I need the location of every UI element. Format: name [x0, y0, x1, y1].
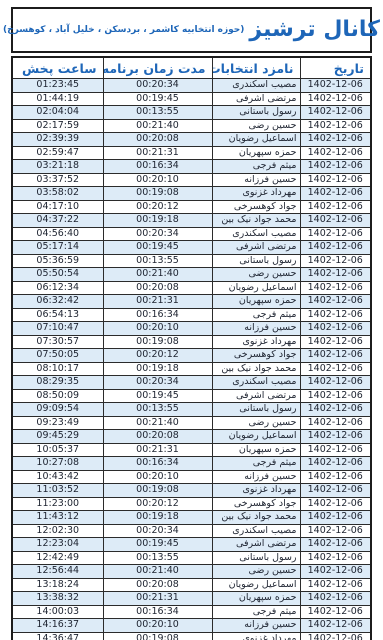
- table-row: 1402-12-06اسماعیل رضویان00:20:0813:18:24: [12, 578, 371, 592]
- cell-date: 1402-12-06: [300, 92, 371, 106]
- cell-date: 1402-12-06: [300, 133, 371, 147]
- table-row: 1402-12-06جواد کوهسرخی00:20:1207:50:05: [12, 349, 371, 363]
- cell-date: 1402-12-06: [300, 457, 371, 471]
- cell-candidate: رسول باستانی: [212, 106, 300, 120]
- cell-air-time: 09:45:29: [12, 430, 103, 444]
- table-row: 1402-12-06مهرداد غزنوی00:19:0814:36:47: [12, 632, 371, 640]
- cell-date: 1402-12-06: [300, 565, 371, 579]
- table-row: 1402-12-06اسماعیل رضویان00:20:0806:12:34: [12, 281, 371, 295]
- cell-date: 1402-12-06: [300, 376, 371, 390]
- cell-date: 1402-12-06: [300, 511, 371, 525]
- cell-air-time: 12:23:04: [12, 538, 103, 552]
- column-header-candidate: نامزد انتخابات: [212, 57, 300, 79]
- cell-candidate: مرتضی اشرفی: [212, 241, 300, 255]
- cell-air-time: 14:00:03: [12, 605, 103, 619]
- table-row: 1402-12-06مهرداد غزنوی00:19:0807:30:57: [12, 335, 371, 349]
- cell-duration: 00:19:45: [103, 241, 212, 255]
- cell-air-time: 08:10:17: [12, 362, 103, 376]
- cell-date: 1402-12-06: [300, 227, 371, 241]
- table-row: 1402-12-06حمزه سپهریان00:21:3113:38:32: [12, 592, 371, 606]
- cell-candidate: جواد کوهسرخی: [212, 200, 300, 214]
- table-row: 1402-12-06رسول باستانی00:13:5502:04:04: [12, 106, 371, 120]
- table-row: 1402-12-06رسول باستانی00:13:5509:09:54: [12, 403, 371, 417]
- table-row: 1402-12-06محمد جواد نیک بین00:19:1808:10…: [12, 362, 371, 376]
- cell-candidate: مرتضی اشرفی: [212, 92, 300, 106]
- cell-date: 1402-12-06: [300, 79, 371, 93]
- cell-candidate: حسین فرزانه: [212, 619, 300, 633]
- cell-duration: 00:19:18: [103, 511, 212, 525]
- table-row: 1402-12-06حسین فرزانه00:20:1010:43:42: [12, 470, 371, 484]
- cell-duration: 00:20:08: [103, 281, 212, 295]
- table-row: 1402-12-06اسماعیل رضویان00:20:0802:39:39: [12, 133, 371, 147]
- cell-duration: 00:20:12: [103, 200, 212, 214]
- cell-air-time: 14:36:47: [12, 632, 103, 640]
- table-row: 1402-12-06میثم فرجی00:16:3403:21:18: [12, 160, 371, 174]
- cell-air-time: 04:17:10: [12, 200, 103, 214]
- cell-air-time: 02:39:39: [12, 133, 103, 147]
- table-row: 1402-12-06محمد جواد نیک بین00:19:1804:37…: [12, 214, 371, 228]
- cell-air-time: 05:36:59: [12, 254, 103, 268]
- cell-duration: 00:19:08: [103, 187, 212, 201]
- table-row: 1402-12-06حسین فرزانه00:20:1007:10:47: [12, 322, 371, 336]
- cell-duration: 00:20:08: [103, 133, 212, 147]
- cell-air-time: 10:05:37: [12, 443, 103, 457]
- channel-title: کانال ترشیز: [249, 19, 380, 41]
- cell-duration: 00:21:31: [103, 443, 212, 457]
- cell-air-time: 11:23:00: [12, 497, 103, 511]
- cell-duration: 00:19:45: [103, 538, 212, 552]
- cell-date: 1402-12-06: [300, 146, 371, 160]
- cell-air-time: 07:30:57: [12, 335, 103, 349]
- channel-title-box: کانال ترشیز (حوزه انتخابیه کاشمر ، بردسک…: [11, 7, 372, 53]
- table-row: 1402-12-06رسول باستانی00:13:5512:42:49: [12, 551, 371, 565]
- cell-date: 1402-12-06: [300, 200, 371, 214]
- cell-duration: 00:16:34: [103, 605, 212, 619]
- table-row: 1402-12-06مرتضی اشرفی00:19:4501:44:19: [12, 92, 371, 106]
- column-header-duration: مدت زمان برنامه: [103, 57, 212, 79]
- table-row: 1402-12-06مصیب اسکندری00:20:3412:02:30: [12, 524, 371, 538]
- cell-date: 1402-12-06: [300, 349, 371, 363]
- cell-date: 1402-12-06: [300, 470, 371, 484]
- cell-candidate: حمزه سپهریان: [212, 592, 300, 606]
- cell-air-time: 13:38:32: [12, 592, 103, 606]
- cell-date: 1402-12-06: [300, 484, 371, 498]
- cell-date: 1402-12-06: [300, 403, 371, 417]
- cell-air-time: 08:29:35: [12, 376, 103, 390]
- cell-duration: 00:21:40: [103, 416, 212, 430]
- cell-candidate: میثم فرجی: [212, 457, 300, 471]
- cell-duration: 00:21:40: [103, 565, 212, 579]
- cell-duration: 00:16:34: [103, 160, 212, 174]
- cell-candidate: مصیب اسکندری: [212, 524, 300, 538]
- cell-date: 1402-12-06: [300, 592, 371, 606]
- cell-air-time: 02:04:04: [12, 106, 103, 120]
- table-row: 1402-12-06محمد جواد نیک بین00:19:1811:43…: [12, 511, 371, 525]
- cell-air-time: 07:50:05: [12, 349, 103, 363]
- cell-date: 1402-12-06: [300, 295, 371, 309]
- table-row: 1402-12-06حمزه سپهریان00:21:3110:05:37: [12, 443, 371, 457]
- cell-duration: 00:21:31: [103, 295, 212, 309]
- broadcast-schedule-table: تاریخ نامزد انتخابات مدت زمان برنامه ساع…: [11, 56, 372, 640]
- cell-date: 1402-12-06: [300, 538, 371, 552]
- table-row: 1402-12-06مهرداد غزنوی00:19:0803:58:02: [12, 187, 371, 201]
- cell-date: 1402-12-06: [300, 281, 371, 295]
- cell-air-time: 03:37:52: [12, 173, 103, 187]
- table-row: 1402-12-06مصیب اسکندری00:20:3404:56:40: [12, 227, 371, 241]
- cell-candidate: حمزه سپهریان: [212, 146, 300, 160]
- cell-date: 1402-12-06: [300, 551, 371, 565]
- cell-candidate: اسماعیل رضویان: [212, 430, 300, 444]
- cell-candidate: حمزه سپهریان: [212, 295, 300, 309]
- cell-duration: 00:21:40: [103, 119, 212, 133]
- cell-air-time: 10:27:08: [12, 457, 103, 471]
- cell-duration: 00:13:55: [103, 106, 212, 120]
- cell-duration: 00:20:34: [103, 376, 212, 390]
- cell-duration: 00:19:45: [103, 389, 212, 403]
- cell-air-time: 09:09:54: [12, 403, 103, 417]
- cell-air-time: 12:56:44: [12, 565, 103, 579]
- cell-date: 1402-12-06: [300, 322, 371, 336]
- cell-duration: 00:20:34: [103, 79, 212, 93]
- cell-duration: 00:20:08: [103, 430, 212, 444]
- table-row: 1402-12-06میثم فرجی00:16:3406:54:13: [12, 308, 371, 322]
- cell-candidate: مصیب اسکندری: [212, 79, 300, 93]
- cell-air-time: 02:17:59: [12, 119, 103, 133]
- cell-date: 1402-12-06: [300, 160, 371, 174]
- cell-air-time: 11:03:52: [12, 484, 103, 498]
- cell-candidate: مرتضی اشرفی: [212, 389, 300, 403]
- cell-candidate: حسین رضی: [212, 416, 300, 430]
- cell-candidate: حسین فرزانه: [212, 173, 300, 187]
- cell-air-time: 14:16:37: [12, 619, 103, 633]
- cell-candidate: مهرداد غزنوی: [212, 632, 300, 640]
- cell-candidate: مهرداد غزنوی: [212, 335, 300, 349]
- cell-date: 1402-12-06: [300, 106, 371, 120]
- cell-air-time: 12:02:30: [12, 524, 103, 538]
- schedule-table-body: 1402-12-06مصیب اسکندری00:20:3401:23:4514…: [12, 79, 371, 640]
- table-row: 1402-12-06حسین رضی00:21:4009:23:49: [12, 416, 371, 430]
- cell-candidate: حمزه سپهریان: [212, 443, 300, 457]
- cell-date: 1402-12-06: [300, 241, 371, 255]
- cell-duration: 00:20:34: [103, 227, 212, 241]
- cell-air-time: 08:50:09: [12, 389, 103, 403]
- cell-air-time: 06:54:13: [12, 308, 103, 322]
- cell-candidate: مهرداد غزنوی: [212, 484, 300, 498]
- cell-date: 1402-12-06: [300, 524, 371, 538]
- cell-candidate: اسماعیل رضویان: [212, 281, 300, 295]
- cell-air-time: 09:23:49: [12, 416, 103, 430]
- cell-duration: 00:20:08: [103, 578, 212, 592]
- cell-duration: 00:19:08: [103, 335, 212, 349]
- cell-date: 1402-12-06: [300, 254, 371, 268]
- cell-duration: 00:20:10: [103, 619, 212, 633]
- cell-candidate: جواد کوهسرخی: [212, 497, 300, 511]
- table-row: 1402-12-06میثم فرجی00:16:3410:27:08: [12, 457, 371, 471]
- table-row: 1402-12-06حسین رضی00:21:4005:50:54: [12, 268, 371, 282]
- cell-duration: 00:20:34: [103, 524, 212, 538]
- table-row: 1402-12-06جواد کوهسرخی00:20:1211:23:00: [12, 497, 371, 511]
- table-row: 1402-12-06مصیب اسکندری00:20:3401:23:45: [12, 79, 371, 93]
- table-row: 1402-12-06حسین فرزانه00:20:1003:37:52: [12, 173, 371, 187]
- cell-candidate: حسین رضی: [212, 268, 300, 282]
- cell-duration: 00:13:55: [103, 403, 212, 417]
- cell-duration: 00:19:18: [103, 362, 212, 376]
- table-header-row: تاریخ نامزد انتخابات مدت زمان برنامه ساع…: [12, 57, 371, 79]
- cell-date: 1402-12-06: [300, 632, 371, 640]
- column-header-date: تاریخ: [300, 57, 371, 79]
- cell-air-time: 05:17:14: [12, 241, 103, 255]
- table-row: 1402-12-06حسین رضی00:21:4002:17:59: [12, 119, 371, 133]
- cell-date: 1402-12-06: [300, 389, 371, 403]
- cell-date: 1402-12-06: [300, 416, 371, 430]
- cell-duration: 00:16:34: [103, 457, 212, 471]
- cell-candidate: مصیب اسکندری: [212, 376, 300, 390]
- cell-air-time: 02:59:47: [12, 146, 103, 160]
- cell-date: 1402-12-06: [300, 187, 371, 201]
- cell-duration: 00:19:18: [103, 214, 212, 228]
- cell-air-time: 04:37:22: [12, 214, 103, 228]
- table-row: 1402-12-06مهرداد غزنوی00:19:0811:03:52: [12, 484, 371, 498]
- table-header: تاریخ نامزد انتخابات مدت زمان برنامه ساع…: [12, 57, 371, 79]
- cell-air-time: 03:21:18: [12, 160, 103, 174]
- cell-date: 1402-12-06: [300, 214, 371, 228]
- cell-candidate: میثم فرجی: [212, 160, 300, 174]
- cell-candidate: مرتضی اشرفی: [212, 538, 300, 552]
- cell-candidate: مصیب اسکندری: [212, 227, 300, 241]
- cell-candidate: رسول باستانی: [212, 254, 300, 268]
- table-row: 1402-12-06مرتضی اشرفی00:19:4512:23:04: [12, 538, 371, 552]
- table-row: 1402-12-06مصیب اسکندری00:20:3408:29:35: [12, 376, 371, 390]
- cell-candidate: محمد جواد نیک بین: [212, 511, 300, 525]
- table-row: 1402-12-06مرتضی اشرفی00:19:4505:17:14: [12, 241, 371, 255]
- cell-duration: 00:20:12: [103, 497, 212, 511]
- column-header-airtime: ساعت پخش: [12, 57, 103, 79]
- cell-date: 1402-12-06: [300, 443, 371, 457]
- cell-air-time: 10:43:42: [12, 470, 103, 484]
- table-row: 1402-12-06میثم فرجی00:16:3414:00:03: [12, 605, 371, 619]
- table-row: 1402-12-06حسین رضی00:21:4012:56:44: [12, 565, 371, 579]
- cell-date: 1402-12-06: [300, 335, 371, 349]
- cell-candidate: میثم فرجی: [212, 605, 300, 619]
- table-row: 1402-12-06مرتضی اشرفی00:19:4508:50:09: [12, 389, 371, 403]
- cell-candidate: اسماعیل رضویان: [212, 578, 300, 592]
- cell-candidate: اسماعیل رضویان: [212, 133, 300, 147]
- cell-duration: 00:19:45: [103, 92, 212, 106]
- cell-duration: 00:19:08: [103, 632, 212, 640]
- cell-date: 1402-12-06: [300, 578, 371, 592]
- cell-candidate: میثم فرجی: [212, 308, 300, 322]
- cell-air-time: 06:12:34: [12, 281, 103, 295]
- cell-candidate: محمد جواد نیک بین: [212, 214, 300, 228]
- table-row: 1402-12-06حمزه سپهریان00:21:3106:32:42: [12, 295, 371, 309]
- cell-date: 1402-12-06: [300, 268, 371, 282]
- cell-date: 1402-12-06: [300, 308, 371, 322]
- table-row: 1402-12-06حسین فرزانه00:20:1014:16:37: [12, 619, 371, 633]
- cell-date: 1402-12-06: [300, 173, 371, 187]
- cell-air-time: 12:42:49: [12, 551, 103, 565]
- cell-air-time: 07:10:47: [12, 322, 103, 336]
- cell-date: 1402-12-06: [300, 619, 371, 633]
- cell-air-time: 05:50:54: [12, 268, 103, 282]
- cell-candidate: حسین فرزانه: [212, 470, 300, 484]
- cell-candidate: مهرداد غزنوی: [212, 187, 300, 201]
- cell-duration: 00:21:40: [103, 268, 212, 282]
- cell-date: 1402-12-06: [300, 119, 371, 133]
- cell-date: 1402-12-06: [300, 497, 371, 511]
- cell-duration: 00:19:08: [103, 484, 212, 498]
- cell-duration: 00:16:34: [103, 308, 212, 322]
- cell-duration: 00:20:10: [103, 470, 212, 484]
- cell-candidate: محمد جواد نیک بین: [212, 362, 300, 376]
- schedule-page: کانال ترشیز (حوزه انتخابیه کاشمر ، بردسک…: [0, 0, 383, 640]
- cell-duration: 00:13:55: [103, 254, 212, 268]
- cell-duration: 00:21:31: [103, 592, 212, 606]
- cell-duration: 00:20:10: [103, 322, 212, 336]
- cell-candidate: جواد کوهسرخی: [212, 349, 300, 363]
- cell-air-time: 11:43:12: [12, 511, 103, 525]
- cell-duration: 00:20:12: [103, 349, 212, 363]
- table-row: 1402-12-06رسول باستانی00:13:5505:36:59: [12, 254, 371, 268]
- table-row: 1402-12-06اسماعیل رضویان00:20:0809:45:29: [12, 430, 371, 444]
- cell-duration: 00:13:55: [103, 551, 212, 565]
- cell-duration: 00:21:31: [103, 146, 212, 160]
- cell-candidate: حسین رضی: [212, 565, 300, 579]
- cell-air-time: 13:18:24: [12, 578, 103, 592]
- electoral-district-subtitle: (حوزه انتخابیه کاشمر ، بردسکن ، خلیل آبا…: [3, 26, 244, 35]
- cell-date: 1402-12-06: [300, 362, 371, 376]
- table-row: 1402-12-06جواد کوهسرخی00:20:1204:17:10: [12, 200, 371, 214]
- cell-air-time: 01:44:19: [12, 92, 103, 106]
- cell-air-time: 06:32:42: [12, 295, 103, 309]
- cell-air-time: 03:58:02: [12, 187, 103, 201]
- table-row: 1402-12-06حمزه سپهریان00:21:3102:59:47: [12, 146, 371, 160]
- cell-candidate: حسین فرزانه: [212, 322, 300, 336]
- cell-candidate: رسول باستانی: [212, 403, 300, 417]
- cell-candidate: رسول باستانی: [212, 551, 300, 565]
- cell-duration: 00:20:10: [103, 173, 212, 187]
- cell-date: 1402-12-06: [300, 605, 371, 619]
- cell-air-time: 04:56:40: [12, 227, 103, 241]
- cell-air-time: 01:23:45: [12, 79, 103, 93]
- cell-date: 1402-12-06: [300, 430, 371, 444]
- cell-candidate: حسین رضی: [212, 119, 300, 133]
